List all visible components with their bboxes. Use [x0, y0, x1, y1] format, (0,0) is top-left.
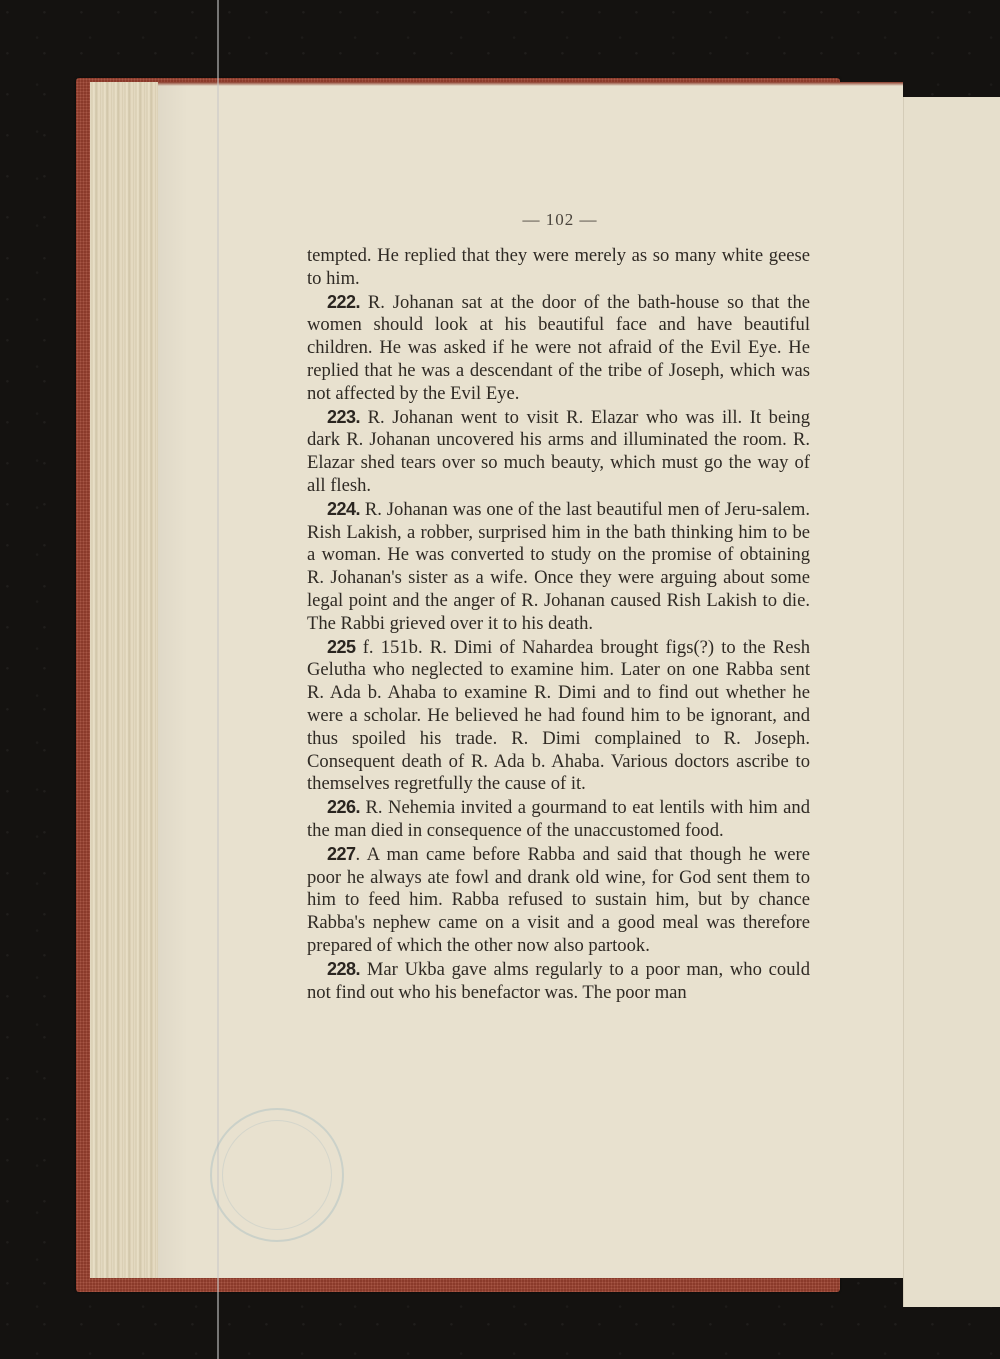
page-top-shadow [158, 82, 903, 86]
paragraph-text: R. Nehemia invited a gourmand to eat len… [307, 797, 810, 841]
paragraph-number: 226. [327, 797, 360, 817]
paragraph-text: Mar Ukba gave alms regularly to a poor m… [307, 959, 810, 1003]
paragraph-number: 224. [327, 499, 360, 519]
paragraph-number: 227 [327, 844, 356, 864]
library-stamp-inner-ring [222, 1120, 332, 1230]
paragraph-text: R. Johanan went to visit R. Elazar who w… [307, 407, 810, 496]
paragraph-number: 225 [327, 637, 356, 657]
paragraph-225: 225 f. 151b. R. Dimi of Nahardea brought… [307, 636, 810, 797]
next-page-edge [903, 97, 1000, 1307]
paragraph-text: . A man came before Rabba and said that … [307, 844, 810, 956]
paragraph-number: 222. [327, 292, 360, 312]
paragraph-223: 223. R. Johanan went to visit R. Elazar … [307, 406, 810, 498]
paragraph-text: R. Johanan sat at the door of the bath-h… [307, 292, 810, 404]
paragraph-224: 224. R. Johanan was one of the last beau… [307, 498, 810, 636]
paragraph-226: 226. R. Nehemia invited a gourmand to ea… [307, 796, 810, 843]
paragraph-text: R. Dimi of Nahardea brought figs(?) to t… [307, 637, 810, 795]
body-text: tempted. He replied that they were merel… [307, 245, 810, 1004]
paragraph-text: tempted. He replied that they were merel… [307, 245, 810, 289]
page-number: — 102 — [510, 210, 610, 230]
paragraph-227: 227. A man came before Rabba and said th… [307, 843, 810, 958]
paragraph-continuation: tempted. He replied that they were merel… [307, 245, 810, 291]
paragraph-text: R. Johanan was one of the last beautiful… [307, 499, 810, 634]
paragraph-228: 228. Mar Ukba gave alms regularly to a p… [307, 958, 810, 1005]
paragraph-number: 223. [327, 407, 360, 427]
folio-reference: f. 151b. [356, 637, 423, 658]
library-stamp [210, 1108, 344, 1242]
paragraph-222: 222. R. Johanan sat at the door of the b… [307, 291, 810, 406]
paragraph-number: 228. [327, 959, 360, 979]
